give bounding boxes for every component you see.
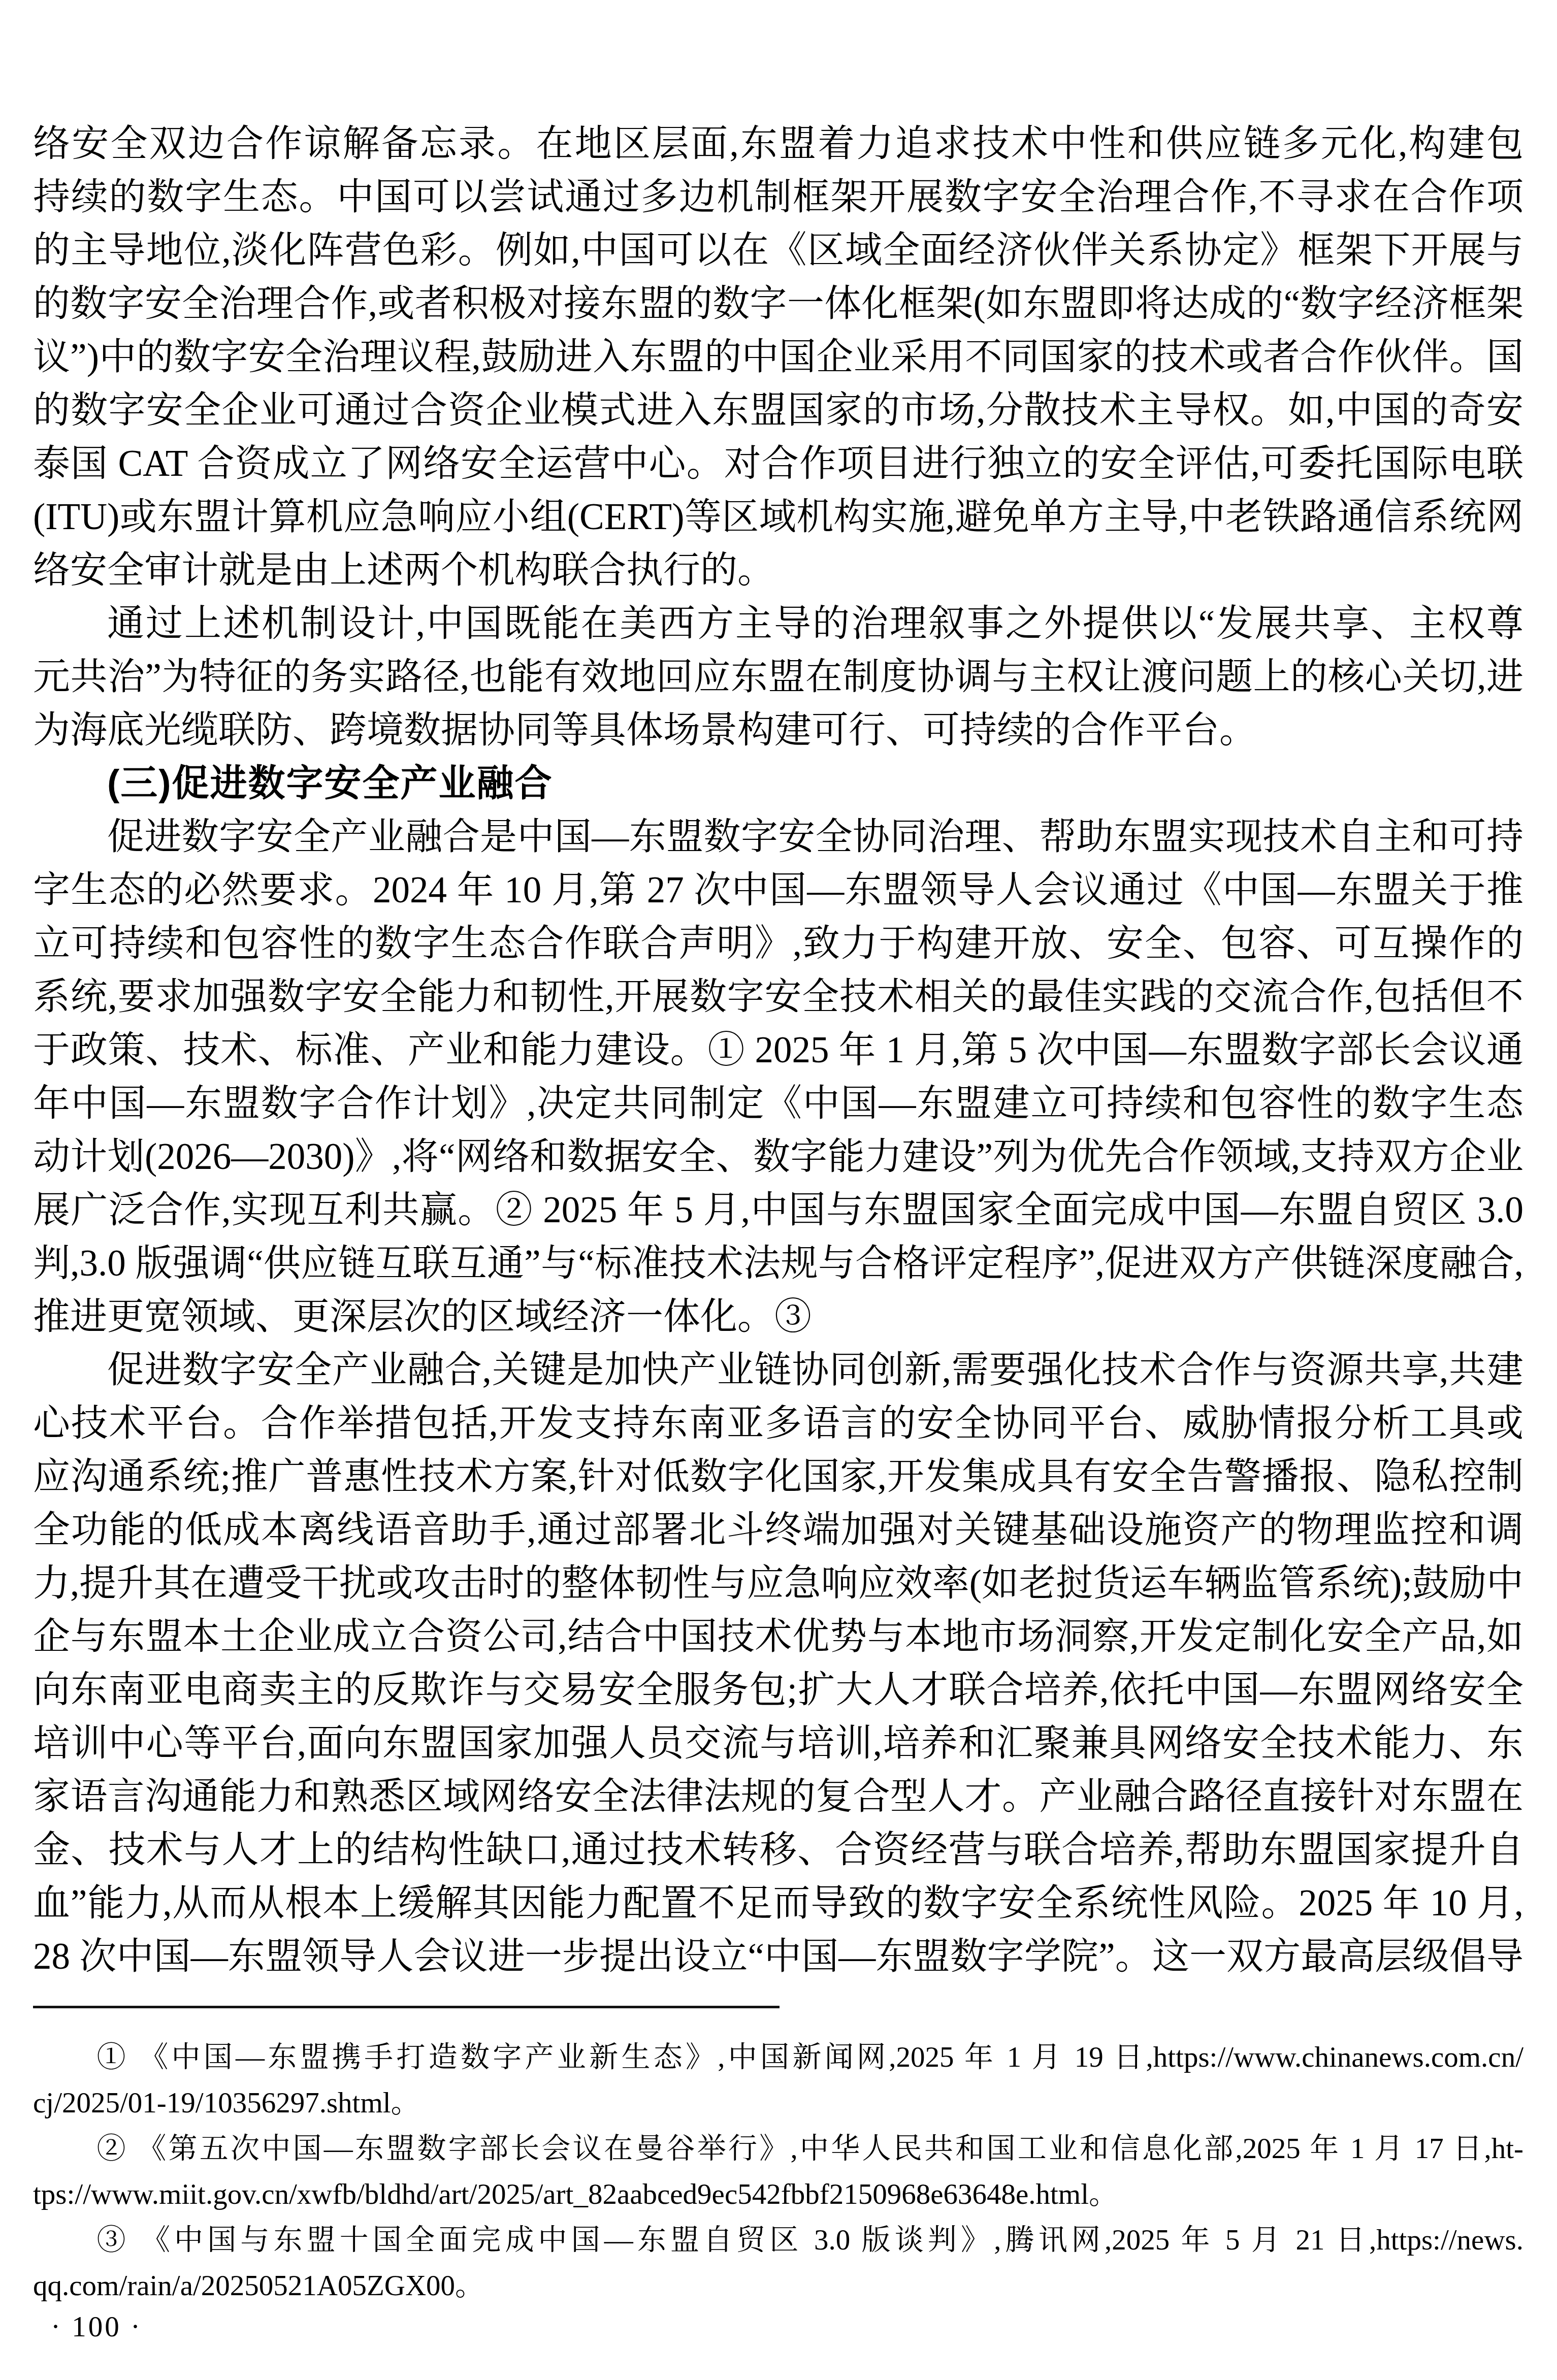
body-text-line: 通过上述机制设计,中国既能在美西方主导的治理叙事之外提供以“发展共享、主权尊重、… <box>33 597 1523 650</box>
body-text-line: 企与东盟本土企业成立合资公司,结合中国技术优势与本地市场洞察,开发定制化安全产品… <box>33 1610 1523 1663</box>
body-text-line: 于政策、技术、标准、产业和能力建设。① 2025 年 1 月,第 5 次中国—东… <box>33 1023 1523 1077</box>
body-text-line: 判,3.0 版强调“供应链互联互通”与“标准技术法规与合格评定程序”,促进双方产… <box>33 1236 1523 1290</box>
footnote-line: qq.com/rain/a/20250521A05ZGX00。 <box>33 2263 1523 2309</box>
body-text-line: 全功能的低成本离线语音助手,通过部署北斗终端加强对关键基础设施资产的物理监控和调… <box>33 1503 1523 1556</box>
body-text-line: 展广泛合作,实现互利共赢。② 2025 年 5 月,中国与东盟国家全面完成中国—… <box>33 1183 1523 1236</box>
footnote-line: cj/2025/01-19/10356297.shtml。 <box>33 2080 1523 2126</box>
body-text-line: 络安全审计就是由上述两个机构联合执行的。 <box>33 543 1523 597</box>
body-text-line: 的数字安全企业可通过合资企业模式进入东盟国家的市场,分散技术主导权。如,中国的奇… <box>33 383 1523 437</box>
body-text-line: 家语言沟通能力和熟悉区域网络安全法律法规的复合型人才。产业融合路径直接针对东盟在… <box>33 1770 1523 1823</box>
body-text-line: 金、技术与人才上的结构性缺口,通过技术转移、合资经营与联合培养,帮助东盟国家提升… <box>33 1823 1523 1876</box>
body-text-line: (ITU)或东盟计算机应急响应小组(CERT)等区域机构实施,避免单方主导,中老… <box>33 490 1523 543</box>
body-text-line: 血”能力,从而从根本上缓解其因能力配置不足而导致的数字安全系统性风险。2025 … <box>33 1876 1523 1930</box>
body-text-line: 推进更宽领域、更深层次的区域经济一体化。③ <box>33 1290 1523 1343</box>
body-text-line: 力,提升其在遭受干扰或攻击时的整体韧性与应急响应效率(如老挝货运车辆监管系统);… <box>33 1556 1523 1610</box>
footnote-line: ② 《第五次中国—东盟数字部长会议在曼谷举行》,中华人民共和国工业和信息化部,2… <box>33 2126 1523 2172</box>
footnote-separator <box>33 2006 780 2008</box>
body-text-line: 促进数字安全产业融合,关键是加快产业链协同创新,需要强化技术合作与资源共享,共建… <box>33 1343 1523 1396</box>
body-text: 络安全双边合作谅解备忘录。在地区层面,东盟着力追求技术中性和供应链多元化,构建包… <box>33 117 1523 1983</box>
body-text-line: 动计划(2026—2030)》,将“网络和数据安全、数字能力建设”列为优先合作领… <box>33 1130 1523 1183</box>
body-text-line: 议”)中的数字安全治理议程,鼓励进入东盟的中国企业采用不同国家的技术或者合作伙伴… <box>33 330 1523 383</box>
body-text-line: 的数字安全治理合作,或者积极对接东盟的数字一体化框架(如东盟即将达成的“数字经济… <box>33 277 1523 330</box>
body-text-line: 年中国—东盟数字合作计划》,决定共同制定《中国—东盟建立可持续和包容性的数字生态… <box>33 1077 1523 1130</box>
body-text-line: 立可持续和包容性的数字生态合作联合声明》,致力于构建开放、安全、包容、可互操作的… <box>33 917 1523 970</box>
body-text-line: 培训中心等平台,面向东盟国家加强人员交流与培训,培养和汇聚兼具网络安全技术能力、… <box>33 1716 1523 1770</box>
body-text-line: 为海底光缆联防、跨境数据协同等具体场景构建可行、可持续的合作平台。 <box>33 703 1523 757</box>
body-text-line: 元共治”为特征的务实路径,也能有效地回应东盟在制度协调与主权让渡问题上的核心关切… <box>33 650 1523 703</box>
footnotes: ① 《中国—东盟携手打造数字产业新生态》,中国新闻网,2025 年 1 月 19… <box>33 2035 1523 2309</box>
section-heading: (三)促进数字安全产业融合 <box>33 757 1523 810</box>
body-text-line: 心技术平台。合作举措包括,开发支持东南亚多语言的安全协同平台、威胁情报分析工具或… <box>33 1396 1523 1450</box>
body-text-line: 的主导地位,淡化阵营色彩。例如,中国可以在《区域全面经济伙伴关系协定》框架下开展… <box>33 223 1523 277</box>
body-text-line: 28 次中国—东盟领导人会议进一步提出设立“中国—东盟数字学院”。这一双方最高层… <box>33 1930 1523 1983</box>
footnote-line: ① 《中国—东盟携手打造数字产业新生态》,中国新闻网,2025 年 1 月 19… <box>33 2035 1523 2080</box>
body-text-line: 持续的数字生态。中国可以尝试通过多边机制框架开展数字安全治理合作,不寻求在合作项… <box>33 170 1523 223</box>
body-text-line: 字生态的必然要求。2024 年 10 月,第 27 次中国—东盟领导人会议通过《… <box>33 863 1523 917</box>
body-text-line: 向东南亚电商卖主的反欺诈与交易安全服务包;扩大人才联合培养,依托中国—东盟网络安… <box>33 1663 1523 1716</box>
body-text-line: 促进数字安全产业融合是中国—东盟数字安全协同治理、帮助东盟实现技术自主和可持续数 <box>33 810 1523 863</box>
page-number: · 100 · <box>51 2309 142 2345</box>
footnote-line: ③ 《中国与东盟十国全面完成中国—东盟自贸区 3.0 版谈判》,腾讯网,2025… <box>33 2218 1523 2263</box>
footnote-line: tps://www.miit.gov.cn/xwfb/bldhd/art/202… <box>33 2172 1523 2218</box>
document-page: 络安全双边合作谅解备忘录。在地区层面,东盟着力追求技术中性和供应链多元化,构建包… <box>0 0 1557 2380</box>
body-text-line: 泰国 CAT 合资成立了网络安全运营中心。对合作项目进行独立的安全评估,可委托国… <box>33 437 1523 490</box>
body-text-line: 络安全双边合作谅解备忘录。在地区层面,东盟着力追求技术中性和供应链多元化,构建包… <box>33 117 1523 170</box>
body-text-line: 应沟通系统;推广普惠性技术方案,针对低数字化国家,开发集成具有安全告警播报、隐私… <box>33 1450 1523 1503</box>
body-text-line: 系统,要求加强数字安全能力和韧性,开展数字安全技术相关的最佳实践的交流合作,包括… <box>33 970 1523 1023</box>
